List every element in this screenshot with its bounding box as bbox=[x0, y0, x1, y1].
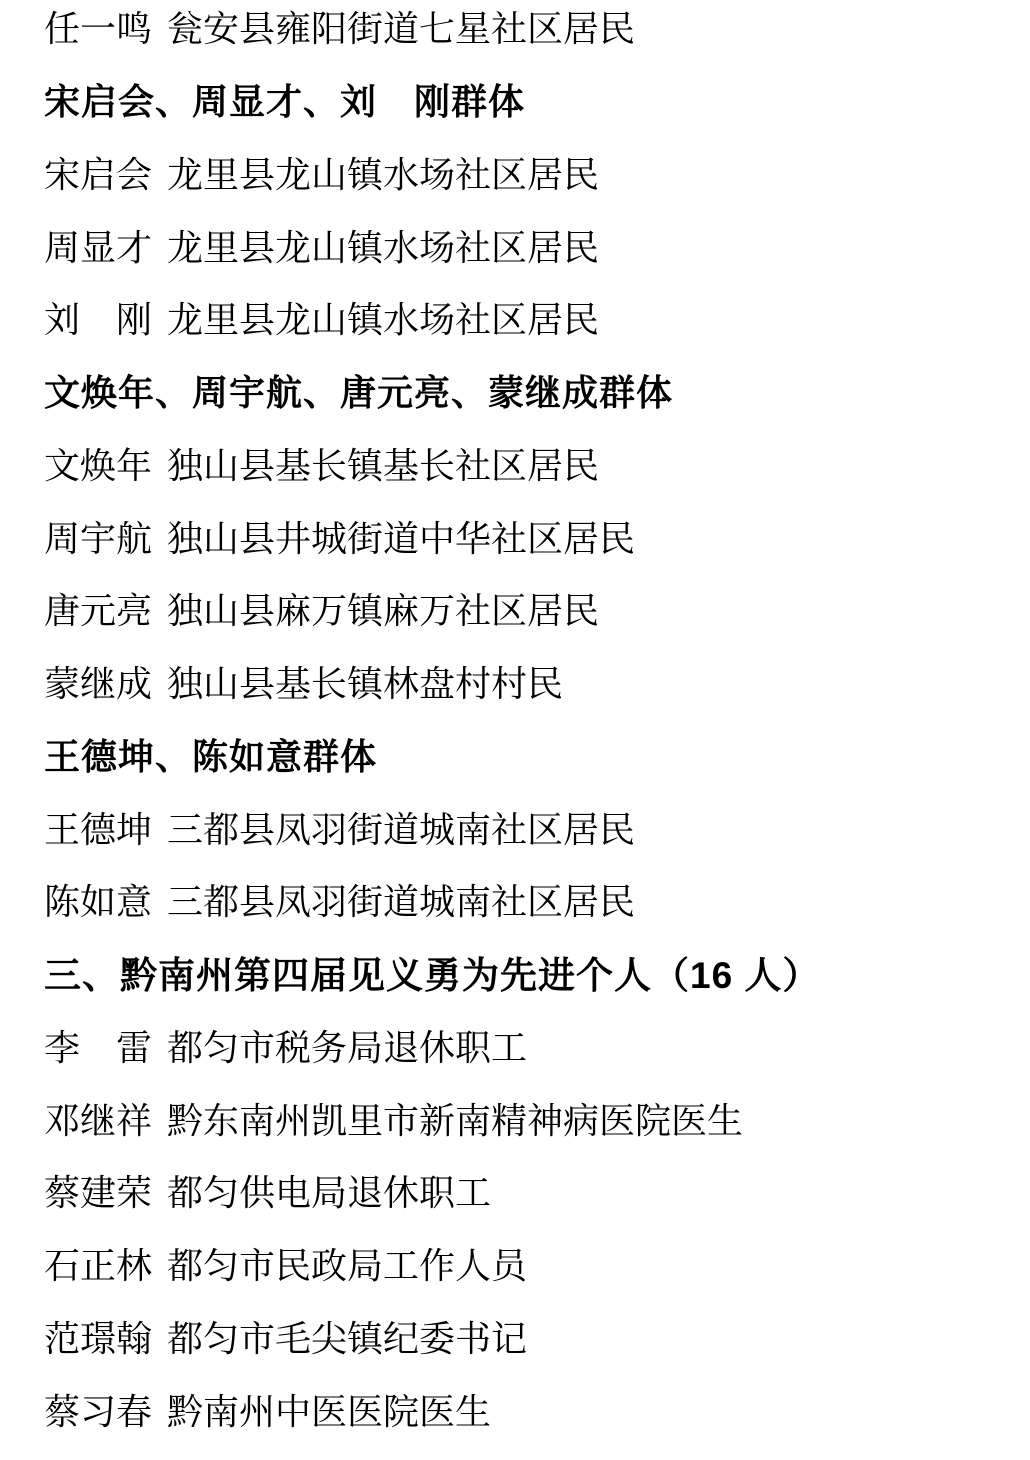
person-affiliation: 都匀供电局退休职工 bbox=[167, 1175, 491, 1211]
person-name: 石正林 bbox=[44, 1248, 152, 1284]
group-title-line: 宋启会、周显才、刘 刚群体 bbox=[44, 66, 1010, 139]
entry-line: 任一鸣 瓮安县雍阳街道七星社区居民 bbox=[44, 0, 1010, 66]
entry-line: 蔡建荣 都匀供电局退休职工 bbox=[44, 1157, 1010, 1230]
entry-line: 周显才 龙里县龙山镇水场社区居民 bbox=[44, 211, 1010, 284]
group-title-text: 王德坤、陈如意群体 bbox=[44, 739, 377, 775]
entry-line: 李 雷 都匀市税务局退休职工 bbox=[44, 1012, 1010, 1085]
person-affiliation: 黔南州中医医院医生 bbox=[167, 1394, 491, 1430]
person-name: 蒙继成 bbox=[44, 666, 152, 702]
entry-line: 王德坤 三都县凤羽街道城南社区居民 bbox=[44, 793, 1010, 866]
person-name: 王德坤 bbox=[44, 812, 152, 848]
person-affiliation: 龙里县龙山镇水场社区居民 bbox=[167, 230, 599, 266]
entry-line: 刘 刚 龙里县龙山镇水场社区居民 bbox=[44, 284, 1010, 357]
person-affiliation: 黔东南州凯里市新南精神病医院医生 bbox=[167, 1103, 743, 1139]
person-affiliation: 瓮安县雍阳街道七星社区居民 bbox=[167, 11, 635, 47]
person-affiliation: 龙里县龙山镇水场社区居民 bbox=[167, 302, 599, 338]
person-affiliation: 都匀市民政局工作人员 bbox=[167, 1248, 527, 1284]
person-name: 蔡建荣 bbox=[44, 1175, 152, 1211]
entry-line: 周宇航 独山县井城街道中华社区居民 bbox=[44, 502, 1010, 575]
section-heading: 三、黔南州第四届见义勇为先进个人（16 人） bbox=[44, 939, 1010, 1012]
entry-line: 石正林 都匀市民政局工作人员 bbox=[44, 1230, 1010, 1303]
person-name: 李 雷 bbox=[44, 1030, 152, 1066]
group-title-text: 宋启会、周显才、刘 刚群体 bbox=[44, 84, 525, 120]
person-name: 邓继祥 bbox=[44, 1103, 152, 1139]
person-affiliation: 独山县麻万镇麻万社区居民 bbox=[167, 593, 599, 629]
entry-line: 陈如意 三都县凤羽街道城南社区居民 bbox=[44, 866, 1010, 939]
person-name: 文焕年 bbox=[44, 448, 152, 484]
person-affiliation: 都匀市毛尖镇纪委书记 bbox=[167, 1321, 527, 1357]
person-name: 刘 刚 bbox=[44, 302, 152, 338]
entry-line: 蒙继成 独山县基长镇林盘村村民 bbox=[44, 648, 1010, 721]
person-name: 陈如意 bbox=[44, 884, 152, 920]
person-affiliation: 龙里县龙山镇水场社区居民 bbox=[167, 157, 599, 193]
group-title-text: 文焕年、周宇航、唐元亮、蒙继成群体 bbox=[44, 375, 673, 411]
person-name: 蔡习春 bbox=[44, 1394, 152, 1430]
person-affiliation: 三都县凤羽街道城南社区居民 bbox=[167, 884, 635, 920]
person-affiliation: 三都县凤羽街道城南社区居民 bbox=[167, 812, 635, 848]
person-name: 周显才 bbox=[44, 230, 152, 266]
section-heading-text: 三、黔南州第四届见义勇为先进个人（16 人） bbox=[44, 957, 820, 994]
group-title-line: 王德坤、陈如意群体 bbox=[44, 721, 1010, 794]
person-name: 任一鸣 bbox=[44, 11, 152, 47]
entry-line: 文焕年 独山县基长镇基长社区居民 bbox=[44, 430, 1010, 503]
entry-line: 邓继祥 黔东南州凯里市新南精神病医院医生 bbox=[44, 1084, 1010, 1157]
person-name: 唐元亮 bbox=[44, 593, 152, 629]
person-name: 宋启会 bbox=[44, 157, 152, 193]
group-title-line: 文焕年、周宇航、唐元亮、蒙继成群体 bbox=[44, 357, 1010, 430]
person-affiliation: 独山县基长镇林盘村村民 bbox=[167, 666, 563, 702]
person-affiliation: 都匀市税务局退休职工 bbox=[167, 1030, 527, 1066]
person-affiliation: 独山县基长镇基长社区居民 bbox=[167, 448, 599, 484]
person-affiliation: 独山县井城街道中华社区居民 bbox=[167, 521, 635, 557]
entry-line: 唐元亮 独山县麻万镇麻万社区居民 bbox=[44, 575, 1010, 648]
document-page: 任一鸣 瓮安县雍阳街道七星社区居民 宋启会、周显才、刘 刚群体 宋启会 龙里县龙… bbox=[0, 0, 1030, 1448]
entry-line: 蔡习春 黔南州中医医院医生 bbox=[44, 1375, 1010, 1448]
entry-line: 宋启会 龙里县龙山镇水场社区居民 bbox=[44, 139, 1010, 212]
entry-line: 范璟翰 都匀市毛尖镇纪委书记 bbox=[44, 1303, 1010, 1376]
person-name: 范璟翰 bbox=[44, 1321, 152, 1357]
person-name: 周宇航 bbox=[44, 521, 152, 557]
